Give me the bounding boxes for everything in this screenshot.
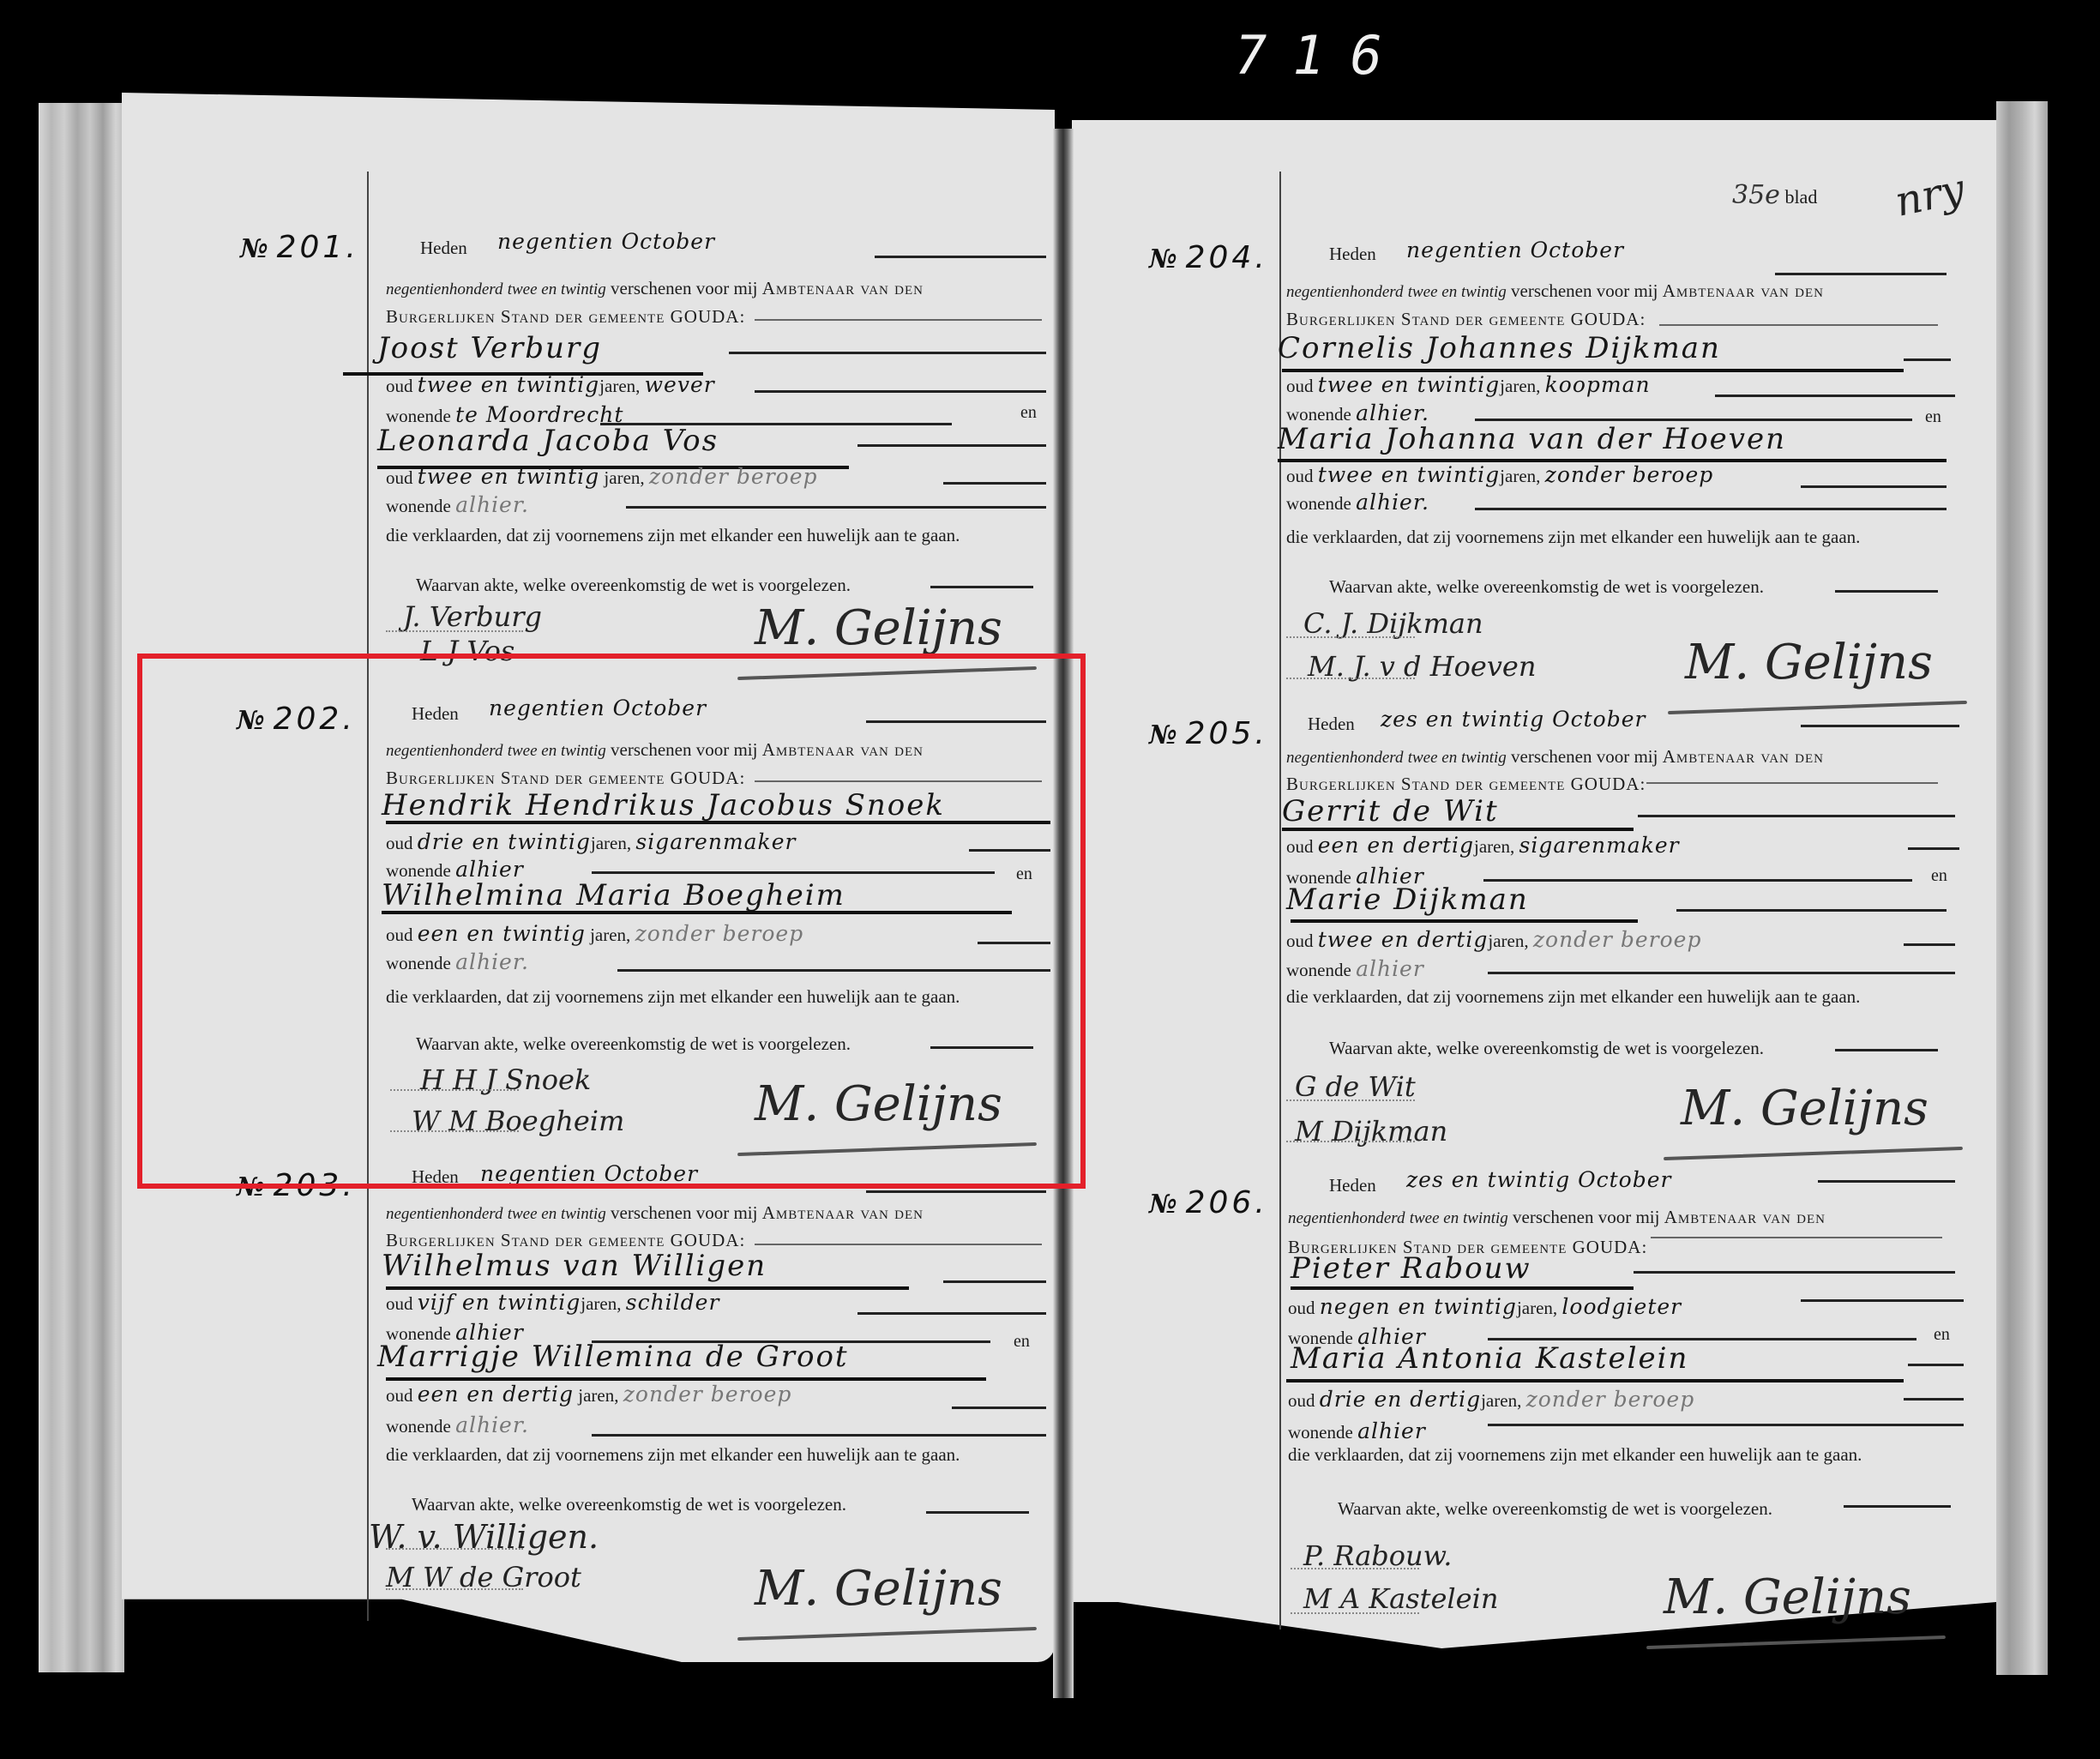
signature-line (386, 630, 523, 632)
party-signature: G de Wit (1295, 1070, 1416, 1103)
template-line-2: negentienhonderd twee en twintig versche… (1286, 279, 1824, 304)
bride-residence-line: wonende alhier. (1286, 491, 1429, 515)
bride-age-line: oud drie en dertigjaren, zonder beroep (1288, 1388, 1694, 1413)
en-label: en (1931, 866, 1947, 886)
fill-line (755, 319, 1042, 321)
party-signature: M A Kastelein (1303, 1582, 1498, 1615)
signature-line (1291, 1612, 1419, 1614)
signature-line (386, 1548, 523, 1550)
groom-name: Cornelis Johannes Dijkman (1278, 336, 1721, 360)
right-margin-rule (1279, 172, 1281, 1629)
fill-line (1904, 358, 1951, 361)
registrar-signature: M. Gelijns (755, 1561, 1002, 1617)
name-underline (386, 1377, 986, 1381)
signature-line (1286, 1141, 1415, 1142)
party-signature: C. J. Dijkman (1303, 607, 1483, 640)
signature-line (1291, 1568, 1419, 1569)
fill-line (1634, 1271, 1955, 1274)
en-label: en (1014, 1332, 1030, 1352)
party-signature: W. v. Willigen. (369, 1518, 599, 1556)
signature-line (1286, 1099, 1415, 1101)
fill-line (952, 1407, 1046, 1409)
declaration-text: die verklaarden, dat zij voornemens zijn… (1286, 525, 1860, 549)
fill-line (1488, 972, 1955, 974)
fill-line (592, 1434, 1046, 1437)
fill-line (626, 506, 1046, 509)
fill-line (875, 256, 1046, 258)
bride-age-line: oud twee en twintig jaren, zonder beroep (386, 465, 818, 490)
fill-line (857, 1312, 1046, 1315)
template-line-2: negentienhonderd twee en twintig versche… (386, 276, 924, 302)
party-signature: M Dijkman (1295, 1115, 1447, 1148)
entry-number: №206. (1149, 1185, 1268, 1220)
waarvan-text: Waarvan akte, welke overeenkomstig de we… (1329, 1036, 1764, 1060)
groom-name: Gerrit de Wit (1282, 799, 1499, 823)
template-line-2: negentienhonderd twee en twintig versche… (1286, 744, 1824, 770)
groom-age-line: oud twee en twintigjaren, wever (386, 373, 715, 398)
name-underline (1282, 828, 1634, 831)
fill-line (1904, 943, 1955, 946)
fill-line (1844, 1505, 1951, 1508)
registrar-signature: M. Gelijns (1685, 635, 1933, 690)
declaration-text: die verklaarden, dat zij voornemens zijn… (1286, 985, 1860, 1009)
fill-line (1801, 485, 1947, 488)
fill-line (1651, 1237, 1942, 1238)
registrar-signature: M. Gelijns (755, 600, 1002, 656)
bride-name: Leonarda Jacoba Vos (377, 429, 719, 453)
name-underline (1286, 1379, 1904, 1383)
waarvan-text: Waarvan akte, welke overeenkomstig de we… (1338, 1497, 1772, 1521)
fill-line (943, 482, 1046, 485)
fill-line (1818, 1180, 1955, 1183)
groom-age-line: oud negen en twintigjaren, loodgieter (1288, 1295, 1682, 1320)
blad-number: 35e (1732, 180, 1780, 210)
waarvan-text: Waarvan akte, welke overeenkomstig de we… (1329, 575, 1764, 599)
groom-name: Joost Verburg (377, 336, 602, 360)
groom-name: Pieter Rabouw (1291, 1256, 1531, 1280)
bride-age-line: oud twee en dertigjaren, zonder beroep (1286, 928, 1701, 953)
fill-line (755, 1244, 1042, 1245)
fill-line (1475, 508, 1947, 510)
fill-line (943, 1280, 1046, 1283)
bride-age-line: oud een en dertig jaren, zonder beroep (386, 1383, 791, 1407)
fill-line (1775, 273, 1947, 275)
template-line-3: Burgerlijken Stand der gemeente GOUDA: (1286, 307, 1646, 331)
fill-line (1801, 1299, 1964, 1302)
heden-label: Heden (1308, 712, 1355, 736)
entry-date: zes en twintig October (1381, 708, 1646, 732)
heden-label: Heden (1329, 1173, 1376, 1197)
fill-line (1488, 1338, 1916, 1340)
signature-line (386, 1588, 523, 1590)
fill-line (866, 1190, 1046, 1193)
blad-label: blad (1784, 186, 1817, 208)
waarvan-text: Waarvan akte, welke overeenkomstig de we… (412, 1492, 846, 1516)
entry-date: negentien October (497, 230, 715, 254)
name-underline (1291, 1286, 1634, 1290)
fill-line (1676, 909, 1947, 912)
entry-number: №204. (1149, 240, 1268, 275)
fill-line (1835, 590, 1938, 593)
fill-line (729, 352, 1046, 354)
bride-age-line: oud twee en twintigjaren, zonder beroep (1286, 463, 1713, 488)
template-line-3: Burgerlijken Stand der gemeente GOUDA: (386, 304, 745, 328)
bride-residence-line: wonende alhier (1288, 1419, 1426, 1444)
entry-date: zes en twintig October (1406, 1168, 1671, 1192)
fill-line (926, 1511, 1029, 1514)
heden-label: Heden (420, 236, 467, 260)
registrar-signature: M. Gelijns (1681, 1081, 1929, 1136)
fill-line (1715, 395, 1955, 397)
template-line-2: negentienhonderd twee en twintig versche… (1288, 1205, 1826, 1231)
page-stack-left (39, 103, 124, 1672)
fill-line (930, 586, 1033, 588)
template-line-3: Burgerlijken Stand der gemeente GOUDA: (1286, 772, 1646, 796)
page-stack-right (1996, 101, 2048, 1675)
fill-line (1646, 782, 1938, 784)
bride-name: Marie Dijkman (1286, 888, 1529, 912)
en-label: en (1934, 1325, 1950, 1345)
declaration-text: die verklaarden, dat zij voornemens zijn… (1288, 1443, 1862, 1467)
fill-line (857, 444, 1046, 447)
groom-age-line: oud vijf en twintigjaren, schilder (386, 1291, 719, 1316)
party-signature: J. Verburg (403, 600, 542, 633)
entry-number: №205. (1149, 716, 1268, 751)
waarvan-text: Waarvan akte, welke overeenkomstig de we… (416, 573, 851, 597)
fill-line (1908, 1364, 1964, 1366)
bride-name: Maria Antonia Kastelein (1291, 1346, 1688, 1370)
entry-number: №201. (240, 230, 359, 265)
fill-line (1659, 324, 1938, 326)
declaration-text: die verklaarden, dat zij voornemens zijn… (386, 1443, 960, 1467)
name-underline (1291, 919, 1638, 923)
template-line-2: negentienhonderd twee en twintig versche… (386, 1201, 924, 1226)
fill-line (1908, 847, 1959, 850)
highlight-box (137, 654, 1086, 1189)
fill-line (1801, 725, 1959, 727)
fill-line (1475, 419, 1912, 421)
registrar-signature: M. Gelijns (1664, 1569, 1911, 1625)
fill-line (1904, 1398, 1964, 1401)
heden-label: Heden (1329, 242, 1376, 266)
groom-age-line: oud een en dertigjaren, sigarenmaker (1286, 834, 1680, 858)
bride-residence-line: wonende alhier. (386, 1413, 529, 1438)
entry-date: negentien October (1406, 238, 1624, 262)
declaration-text: die verklaarden, dat zij voornemens zijn… (386, 523, 960, 547)
signature-line (1286, 678, 1415, 679)
bride-name: Marrigje Willemina de Groot (377, 1345, 849, 1369)
fill-line (755, 390, 1046, 393)
fill-line (1835, 1049, 1938, 1051)
fill-line (1638, 815, 1955, 817)
groom-age-line: oud twee en twintigjaren, koopman (1286, 373, 1651, 398)
frame-number: 716 (1235, 24, 1408, 87)
blad-header: 35e blad (1732, 180, 1817, 210)
groom-name: Wilhelmus van Willigen (382, 1254, 767, 1278)
en-label: en (1020, 403, 1037, 423)
fill-line (1488, 1424, 1964, 1426)
signature-line (1286, 636, 1415, 638)
bride-residence-line: wonende alhier. (386, 493, 529, 518)
bride-name: Maria Johanna van der Hoeven (1278, 427, 1786, 451)
bride-residence-line: wonende alhier (1286, 957, 1424, 982)
en-label: en (1925, 407, 1941, 427)
fill-line (1483, 879, 1912, 882)
